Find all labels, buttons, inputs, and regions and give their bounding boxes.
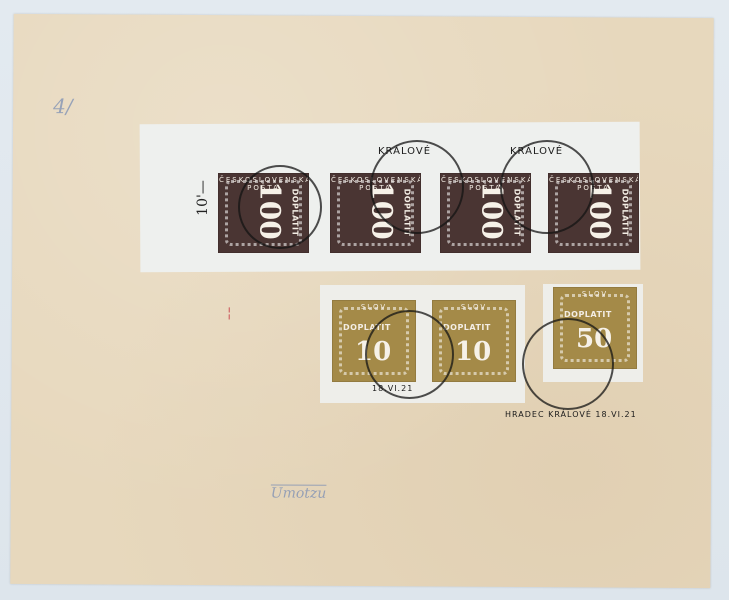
red-mark: ¦ <box>227 305 232 321</box>
postmark-text: HRADEC KRÁLOVÉ 18.VI.21 <box>505 410 637 419</box>
pencil-mark: 4/ <box>53 94 73 118</box>
postmark-text: KRÁLOVÉ <box>378 146 431 157</box>
selvage-value-label: 10'— <box>195 180 211 216</box>
postmark <box>238 165 322 249</box>
pencil-handwriting: Umotzu <box>271 485 327 501</box>
postmark <box>522 318 614 410</box>
postmark-text: KRÁLOVÉ <box>510 146 563 157</box>
postmark-text: 18.VI.21 <box>372 384 413 393</box>
